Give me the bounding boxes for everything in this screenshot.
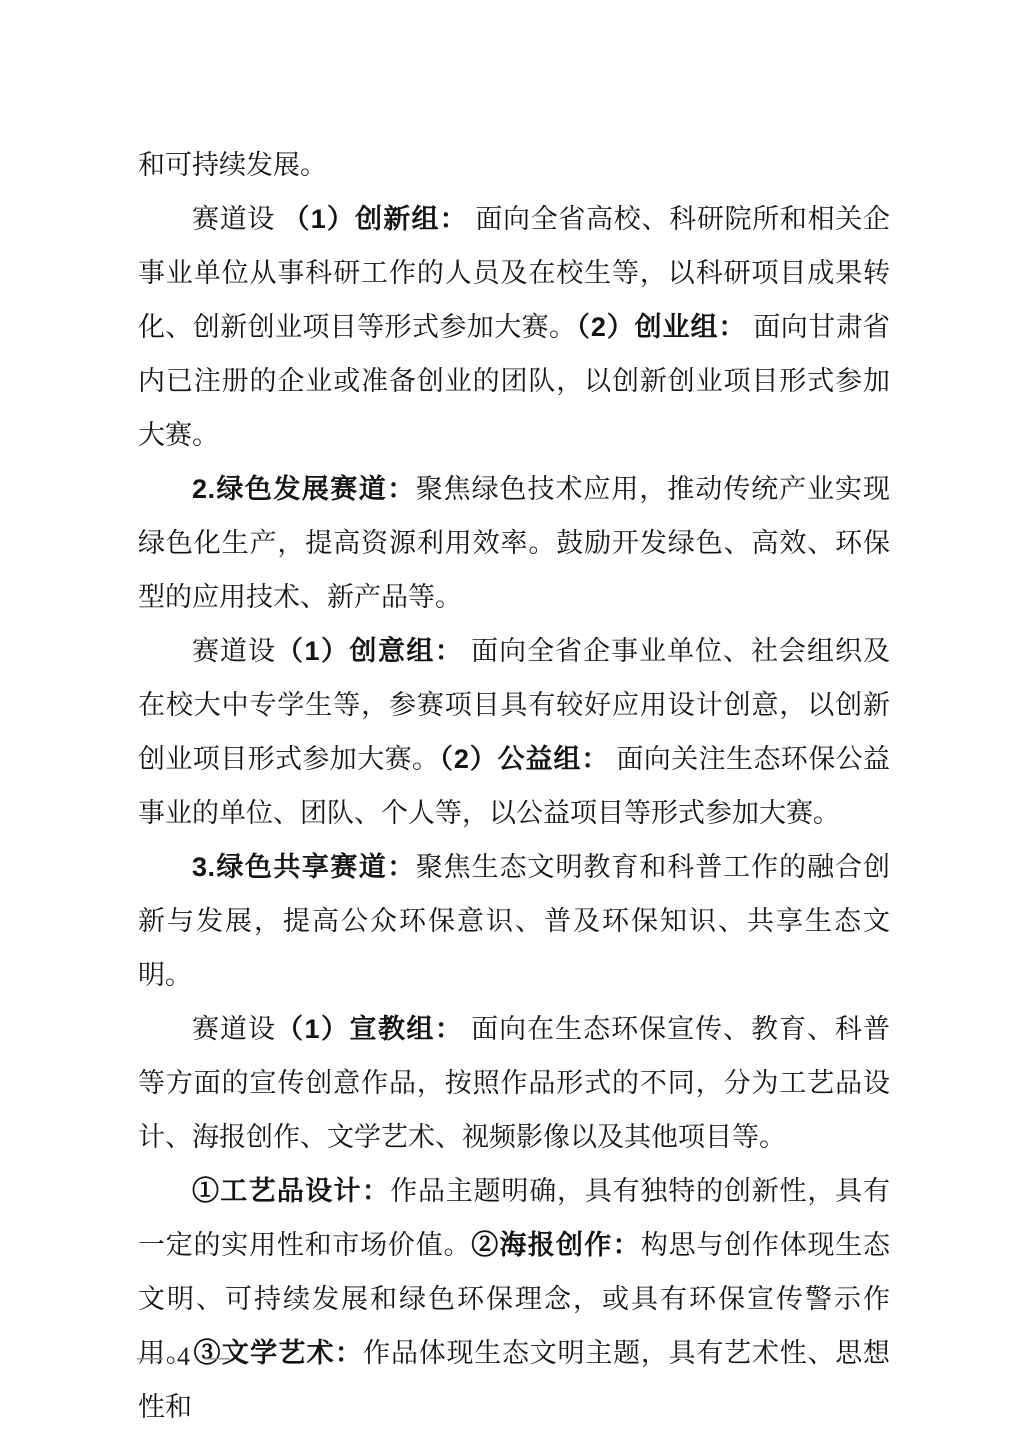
paragraph-7: ①工艺品设计：作品主题明确，具有独特的创新性，具有一定的实用性和市场价值。②海报… bbox=[138, 1164, 890, 1434]
paragraph-4: 赛道设（1）创意组： 面向全省企事业单位、社会组织及在校大中专学生等，参赛项目具… bbox=[138, 624, 890, 840]
paragraph-2: 赛道设 （1）创新组： 面向全省高校、科研院所和相关企事业单位从事科研工作的人员… bbox=[138, 192, 890, 462]
text-segment-bold: ②海报创作： bbox=[471, 1230, 641, 1260]
page-footer: —4— bbox=[137, 1342, 230, 1372]
text-segment-bold: （2）创业组： bbox=[576, 312, 746, 342]
text-segment: 赛道设 bbox=[192, 636, 276, 666]
text-segment: 和可持续发展。 bbox=[138, 150, 327, 180]
footer-dash-right: — bbox=[204, 1342, 230, 1372]
paragraph-6: 赛道设（1）宣教组： 面向在生态环保宣传、教育、科普等方面的宣传创意作品，按照作… bbox=[138, 1002, 890, 1164]
text-segment-bold: （1）创新组： bbox=[283, 204, 468, 234]
text-segment-bold: ①工艺品设计： bbox=[192, 1176, 390, 1206]
document-body: 和可持续发展。 赛道设 （1）创新组： 面向全省高校、科研院所和相关企事业单位从… bbox=[138, 138, 890, 1434]
text-segment: 赛道设 bbox=[192, 204, 283, 234]
text-segment-bold: 3.绿色共享赛道： bbox=[192, 852, 416, 882]
paragraph-5: 3.绿色共享赛道：聚焦生态文明教育和科普工作的融合创新与发展，提高公众环保意识、… bbox=[138, 840, 890, 1002]
text-segment-bold: 2.绿色发展赛道： bbox=[192, 474, 416, 504]
text-segment-bold: （2）公益组： bbox=[439, 744, 609, 774]
text-segment-bold: （1）宣教组： bbox=[276, 1014, 463, 1044]
document-page: 和可持续发展。 赛道设 （1）创新组： 面向全省高校、科研院所和相关企事业单位从… bbox=[0, 0, 1024, 1447]
text-segment-bold: （1）创意组： bbox=[276, 636, 463, 666]
text-segment: 赛道设 bbox=[192, 1014, 276, 1044]
paragraph-1: 和可持续发展。 bbox=[138, 138, 890, 192]
page-number: 4 bbox=[177, 1342, 190, 1372]
footer-dash-left: — bbox=[137, 1342, 163, 1372]
paragraph-3: 2.绿色发展赛道：聚焦绿色技术应用，推动传统产业实现绿色化生产，提高资源利用效率… bbox=[138, 462, 890, 624]
